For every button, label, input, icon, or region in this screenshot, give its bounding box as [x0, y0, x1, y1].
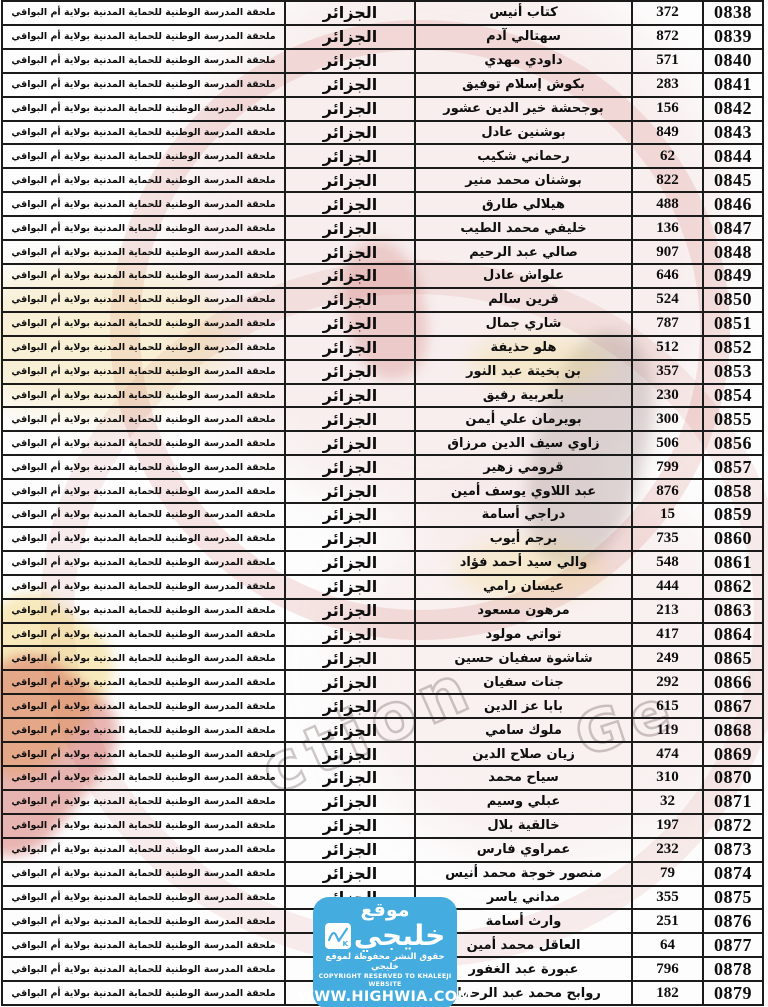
rank-id-cell: 0852	[704, 337, 762, 359]
score-cell: 79	[633, 863, 704, 885]
score-cell: 372	[633, 2, 704, 24]
rank-id-cell: 0873	[704, 839, 762, 861]
table-row: ملحقة المدرسة الوطنية للحماية المدنية بو…	[3, 456, 762, 480]
rank-id-cell: 0854	[704, 385, 762, 407]
rank-id-cell: 0844	[704, 145, 762, 167]
country-cell: الجزائر	[286, 74, 416, 96]
country-cell: الجزائر	[286, 456, 416, 478]
rank-id-cell: 0849	[704, 265, 762, 287]
school-cell: ملحقة المدرسة الوطنية للحماية المدنية بو…	[3, 122, 286, 144]
candidate-name-cell: سهتالي آدم	[416, 26, 633, 48]
school-cell: ملحقة المدرسة الوطنية للحماية المدنية بو…	[3, 791, 286, 813]
country-cell: الجزائر	[286, 647, 416, 669]
table-row: ملحقة المدرسة الوطنية للحماية المدنية بو…	[3, 791, 762, 815]
school-cell: ملحقة المدرسة الوطنية للحماية المدنية بو…	[3, 193, 286, 215]
score-cell: 506	[633, 432, 704, 454]
rank-id-cell: 0865	[704, 647, 762, 669]
badge-site-url: WWW.HIGHWIA.COM	[298, 989, 472, 1005]
score-cell: 357	[633, 361, 704, 383]
score-cell: 15	[633, 504, 704, 526]
score-cell: 615	[633, 695, 704, 717]
score-cell: 512	[633, 337, 704, 359]
badge-logo-letter: K	[342, 939, 348, 948]
school-cell: ملحقة المدرسة الوطنية للحماية المدنية بو…	[3, 289, 286, 311]
country-cell: الجزائر	[286, 600, 416, 622]
country-cell: الجزائر	[286, 361, 416, 383]
candidate-name-cell: بويرمان علي أيمن	[416, 408, 633, 430]
table-row: ملحقة المدرسة الوطنية للحماية المدنية بو…	[3, 432, 762, 456]
candidate-name-cell: كتاب أنيس	[416, 2, 633, 24]
table-row: ملحقة المدرسة الوطنية للحماية المدنية بو…	[3, 313, 762, 337]
candidate-name-cell: منصور خوجة محمد أنيس	[416, 863, 633, 885]
rank-id-cell: 0856	[704, 432, 762, 454]
rank-id-cell: 0842	[704, 98, 762, 120]
score-cell: 787	[633, 313, 704, 335]
school-cell: ملحقة المدرسة الوطنية للحماية المدنية بو…	[3, 719, 286, 741]
candidate-name-cell: هلو حذيفة	[416, 337, 633, 359]
rank-id-cell: 0859	[704, 504, 762, 526]
badge-brand-row: K خليجي	[325, 922, 446, 950]
school-cell: ملحقة المدرسة الوطنية للحماية المدنية بو…	[3, 910, 286, 932]
table-row: ملحقة المدرسة الوطنية للحماية المدنية بو…	[3, 26, 762, 50]
table-row: ملحقة المدرسة الوطنية للحماية المدنية بو…	[3, 504, 762, 528]
table-row: ملحقة المدرسة الوطنية للحماية المدنية بو…	[3, 767, 762, 791]
candidate-name-cell: زاوي سيف الدين مرزاق	[416, 432, 633, 454]
candidate-name-cell: بوجحشة خير الدين عشور	[416, 98, 633, 120]
rank-id-cell: 0868	[704, 719, 762, 741]
country-cell: الجزائر	[286, 839, 416, 861]
country-cell: الجزائر	[286, 432, 416, 454]
school-cell: ملحقة المدرسة الوطنية للحماية المدنية بو…	[3, 26, 286, 48]
table-row: ملحقة المدرسة الوطنية للحماية المدنية بو…	[3, 217, 762, 241]
rank-id-cell: 0858	[704, 480, 762, 502]
school-cell: ملحقة المدرسة الوطنية للحماية المدنية بو…	[3, 337, 286, 359]
candidate-name-cell: رحماني شكيب	[416, 145, 633, 167]
country-cell: الجزائر	[286, 241, 416, 263]
table-row: ملحقة المدرسة الوطنية للحماية المدنية بو…	[3, 98, 762, 122]
score-cell: 197	[633, 815, 704, 837]
country-cell: الجزائر	[286, 624, 416, 646]
table-row: ملحقة المدرسة الوطنية للحماية المدنية بو…	[3, 145, 762, 169]
country-cell: الجزائر	[286, 719, 416, 741]
country-cell: الجزائر	[286, 145, 416, 167]
school-cell: ملحقة المدرسة الوطنية للحماية المدنية بو…	[3, 958, 286, 980]
candidate-name-cell: تواتي مولود	[416, 624, 633, 646]
country-cell: الجزائر	[286, 313, 416, 335]
country-cell: الجزائر	[286, 863, 416, 885]
table-row: ملحقة المدرسة الوطنية للحماية المدنية بو…	[3, 408, 762, 432]
rank-id-cell: 0851	[704, 313, 762, 335]
country-cell: الجزائر	[286, 504, 416, 526]
score-cell: 735	[633, 528, 704, 550]
rank-id-cell: 0840	[704, 50, 762, 72]
candidate-name-cell: شاري جمال	[416, 313, 633, 335]
school-cell: ملحقة المدرسة الوطنية للحماية المدنية بو…	[3, 982, 286, 1004]
table-row: ملحقة المدرسة الوطنية للحماية المدنية بو…	[3, 193, 762, 217]
candidate-name-cell: ملوك سامي	[416, 719, 633, 741]
score-cell: 474	[633, 743, 704, 765]
score-cell: 876	[633, 480, 704, 502]
country-cell: الجزائر	[286, 695, 416, 717]
score-cell: 232	[633, 839, 704, 861]
country-cell: الجزائر	[286, 26, 416, 48]
badge-rights-english: COPYRIGHT RESERVED TO KHALEEJI WEBSITE	[313, 973, 457, 988]
country-cell: الجزائر	[286, 98, 416, 120]
score-cell: 646	[633, 265, 704, 287]
school-cell: ملحقة المدرسة الوطنية للحماية المدنية بو…	[3, 647, 286, 669]
score-cell: 32	[633, 791, 704, 813]
country-cell: الجزائر	[286, 50, 416, 72]
rank-id-cell: 0875	[704, 887, 762, 909]
score-cell: 548	[633, 552, 704, 574]
country-cell: الجزائر	[286, 122, 416, 144]
school-cell: ملحقة المدرسة الوطنية للحماية المدنية بو…	[3, 432, 286, 454]
table-row: ملحقة المدرسة الوطنية للحماية المدنية بو…	[3, 839, 762, 863]
rank-id-cell: 0857	[704, 456, 762, 478]
score-cell: 119	[633, 719, 704, 741]
rank-id-cell: 0877	[704, 934, 762, 956]
school-cell: ملحقة المدرسة الوطنية للحماية المدنية بو…	[3, 145, 286, 167]
table-row: ملحقة المدرسة الوطنية للحماية المدنية بو…	[3, 50, 762, 74]
rank-id-cell: 0841	[704, 74, 762, 96]
rank-id-cell: 0847	[704, 217, 762, 239]
rank-id-cell: 0838	[704, 2, 762, 24]
school-cell: ملحقة المدرسة الوطنية للحماية المدنية بو…	[3, 695, 286, 717]
candidate-name-cell: عبد اللاوي يوسف أمين	[416, 480, 633, 502]
rank-id-cell: 0864	[704, 624, 762, 646]
candidate-name-cell: برجم أيوب	[416, 528, 633, 550]
candidate-name-cell: هيلالي طارق	[416, 193, 633, 215]
rank-id-cell: 0871	[704, 791, 762, 813]
candidate-name-cell: والي سيد أحمد فؤاد	[416, 552, 633, 574]
country-cell: الجزائر	[286, 743, 416, 765]
school-cell: ملحقة المدرسة الوطنية للحماية المدنية بو…	[3, 839, 286, 861]
school-cell: ملحقة المدرسة الوطنية للحماية المدنية بو…	[3, 98, 286, 120]
score-cell: 355	[633, 887, 704, 909]
score-cell: 136	[633, 217, 704, 239]
country-cell: الجزائر	[286, 767, 416, 789]
table-row: ملحقة المدرسة الوطنية للحماية المدنية بو…	[3, 361, 762, 385]
school-cell: ملحقة المدرسة الوطنية للحماية المدنية بو…	[3, 552, 286, 574]
school-cell: ملحقة المدرسة الوطنية للحماية المدنية بو…	[3, 313, 286, 335]
score-cell: 213	[633, 600, 704, 622]
school-cell: ملحقة المدرسة الوطنية للحماية المدنية بو…	[3, 265, 286, 287]
badge-rights-arabic: حقوق النشر محفوظة لموقع خليجي	[313, 952, 457, 972]
candidate-name-cell: قرين سالم	[416, 289, 633, 311]
rank-id-cell: 0845	[704, 169, 762, 191]
table-row: ملحقة المدرسة الوطنية للحماية المدنية بو…	[3, 289, 762, 313]
table-row: ملحقة المدرسة الوطنية للحماية المدنية بو…	[3, 576, 762, 600]
school-cell: ملحقة المدرسة الوطنية للحماية المدنية بو…	[3, 456, 286, 478]
candidate-name-cell: قرومي زهير	[416, 456, 633, 478]
table-row: ملحقة المدرسة الوطنية للحماية المدنية بو…	[3, 2, 762, 26]
score-cell: 907	[633, 241, 704, 263]
school-cell: ملحقة المدرسة الوطنية للحماية المدنية بو…	[3, 671, 286, 693]
country-cell: الجزائر	[286, 169, 416, 191]
school-cell: ملحقة المدرسة الوطنية للحماية المدنية بو…	[3, 528, 286, 550]
rank-id-cell: 0878	[704, 958, 762, 980]
school-cell: ملحقة المدرسة الوطنية للحماية المدنية بو…	[3, 576, 286, 598]
results-table: ملحقة المدرسة الوطنية للحماية المدنية بو…	[1, 0, 764, 1006]
country-cell: الجزائر	[286, 265, 416, 287]
candidate-name-cell: داودي مهدي	[416, 50, 633, 72]
candidate-name-cell: عبلي وسيم	[416, 791, 633, 813]
score-cell: 310	[633, 767, 704, 789]
school-cell: ملحقة المدرسة الوطنية للحماية المدنية بو…	[3, 743, 286, 765]
score-cell: 292	[633, 671, 704, 693]
table-row: ملحقة المدرسة الوطنية للحماية المدنية بو…	[3, 695, 762, 719]
candidate-name-cell: زيان صلاح الدين	[416, 743, 633, 765]
rank-id-cell: 0853	[704, 361, 762, 383]
table-row: ملحقة المدرسة الوطنية للحماية المدنية بو…	[3, 122, 762, 146]
candidate-name-cell: صالي عبد الرحيم	[416, 241, 633, 263]
table-row: ملحقة المدرسة الوطنية للحماية المدنية بو…	[3, 265, 762, 289]
table-row: ملحقة المدرسة الوطنية للحماية المدنية بو…	[3, 241, 762, 265]
score-cell: 156	[633, 98, 704, 120]
school-cell: ملحقة المدرسة الوطنية للحماية المدنية بو…	[3, 887, 286, 909]
country-cell: الجزائر	[286, 576, 416, 598]
table-row: ملحقة المدرسة الوطنية للحماية المدنية بو…	[3, 815, 762, 839]
table-row: ملحقة المدرسة الوطنية للحماية المدنية بو…	[3, 600, 762, 624]
candidate-name-cell: بوشنان محمد منير	[416, 169, 633, 191]
candidate-name-cell: شاشوة سفيان حسين	[416, 647, 633, 669]
rank-id-cell: 0850	[704, 289, 762, 311]
table-row: ملحقة المدرسة الوطنية للحماية المدنية بو…	[3, 719, 762, 743]
candidate-name-cell: سياح محمد	[416, 767, 633, 789]
school-cell: ملحقة المدرسة الوطنية للحماية المدنية بو…	[3, 934, 286, 956]
rank-id-cell: 0846	[704, 193, 762, 215]
rank-id-cell: 0860	[704, 528, 762, 550]
candidate-name-cell: بن بخيتة عبد النور	[416, 361, 633, 383]
country-cell: الجزائر	[286, 815, 416, 837]
badge-site-word: موقع	[360, 900, 409, 921]
school-cell: ملحقة المدرسة الوطنية للحماية المدنية بو…	[3, 600, 286, 622]
rank-id-cell: 0862	[704, 576, 762, 598]
school-cell: ملحقة المدرسة الوطنية للحماية المدنية بو…	[3, 2, 286, 24]
country-cell: الجزائر	[286, 2, 416, 24]
rank-id-cell: 0872	[704, 815, 762, 837]
score-cell: 283	[633, 74, 704, 96]
candidate-name-cell: عيسان رامي	[416, 576, 633, 598]
table-row: ملحقة المدرسة الوطنية للحماية المدنية بو…	[3, 337, 762, 361]
rank-id-cell: 0848	[704, 241, 762, 263]
country-cell: الجزائر	[286, 385, 416, 407]
country-cell: الجزائر	[286, 408, 416, 430]
table-row: ملحقة المدرسة الوطنية للحماية المدنية بو…	[3, 528, 762, 552]
candidate-name-cell: خالقية بلال	[416, 815, 633, 837]
score-cell: 62	[633, 145, 704, 167]
rank-id-cell: 0863	[704, 600, 762, 622]
country-cell: الجزائر	[286, 289, 416, 311]
candidate-name-cell: بابا عز الدين	[416, 695, 633, 717]
table-row: ملحقة المدرسة الوطنية للحماية المدنية بو…	[3, 647, 762, 671]
rank-id-cell: 0867	[704, 695, 762, 717]
candidate-name-cell: جنات سفيان	[416, 671, 633, 693]
score-cell: 300	[633, 408, 704, 430]
country-cell: الجزائر	[286, 528, 416, 550]
candidate-name-cell: مرهون مسعود	[416, 600, 633, 622]
candidate-name-cell: عمراوي فارس	[416, 839, 633, 861]
score-cell: 251	[633, 910, 704, 932]
score-cell: 249	[633, 647, 704, 669]
score-cell: 417	[633, 624, 704, 646]
table-row: ملحقة المدرسة الوطنية للحماية المدنية بو…	[3, 624, 762, 648]
table-row: ملحقة المدرسة الوطنية للحماية المدنية بو…	[3, 385, 762, 409]
country-cell: الجزائر	[286, 193, 416, 215]
candidate-name-cell: بوشنين عادل	[416, 122, 633, 144]
badge-site-name: خليجي	[354, 922, 446, 950]
school-cell: ملحقة المدرسة الوطنية للحماية المدنية بو…	[3, 767, 286, 789]
rank-id-cell: 0869	[704, 743, 762, 765]
score-cell: 182	[633, 982, 704, 1004]
khaleeji-logo-icon: K	[325, 923, 351, 949]
table-row: ملحقة المدرسة الوطنية للحماية المدنية بو…	[3, 552, 762, 576]
score-cell: 488	[633, 193, 704, 215]
score-cell: 822	[633, 169, 704, 191]
school-cell: ملحقة المدرسة الوطنية للحماية المدنية بو…	[3, 504, 286, 526]
school-cell: ملحقة المدرسة الوطنية للحماية المدنية بو…	[3, 361, 286, 383]
score-cell: 571	[633, 50, 704, 72]
school-cell: ملحقة المدرسة الوطنية للحماية المدنية بو…	[3, 863, 286, 885]
rank-id-cell: 0843	[704, 122, 762, 144]
school-cell: ملحقة المدرسة الوطنية للحماية المدنية بو…	[3, 217, 286, 239]
table-row: ملحقة المدرسة الوطنية للحماية المدنية بو…	[3, 169, 762, 193]
school-cell: ملحقة المدرسة الوطنية للحماية المدنية بو…	[3, 408, 286, 430]
score-cell: 849	[633, 122, 704, 144]
rank-id-cell: 0874	[704, 863, 762, 885]
score-cell: 872	[633, 26, 704, 48]
rank-id-cell: 0866	[704, 671, 762, 693]
rank-id-cell: 0870	[704, 767, 762, 789]
school-cell: ملحقة المدرسة الوطنية للحماية المدنية بو…	[3, 50, 286, 72]
school-cell: ملحقة المدرسة الوطنية للحماية المدنية بو…	[3, 169, 286, 191]
country-cell: الجزائر	[286, 671, 416, 693]
rank-id-cell: 0876	[704, 910, 762, 932]
score-cell: 524	[633, 289, 704, 311]
table-row: ملحقة المدرسة الوطنية للحماية المدنية بو…	[3, 863, 762, 887]
school-cell: ملحقة المدرسة الوطنية للحماية المدنية بو…	[3, 74, 286, 96]
school-cell: ملحقة المدرسة الوطنية للحماية المدنية بو…	[3, 624, 286, 646]
school-cell: ملحقة المدرسة الوطنية للحماية المدنية بو…	[3, 385, 286, 407]
country-cell: الجزائر	[286, 552, 416, 574]
rank-id-cell: 0879	[704, 982, 762, 1004]
school-cell: ملحقة المدرسة الوطنية للحماية المدنية بو…	[3, 241, 286, 263]
country-cell: الجزائر	[286, 791, 416, 813]
candidate-name-cell: دراجي أسامة	[416, 504, 633, 526]
rank-id-cell: 0861	[704, 552, 762, 574]
school-cell: ملحقة المدرسة الوطنية للحماية المدنية بو…	[3, 815, 286, 837]
rank-id-cell: 0839	[704, 26, 762, 48]
candidate-name-cell: خليفي محمد الطيب	[416, 217, 633, 239]
country-cell: الجزائر	[286, 217, 416, 239]
table-row: ملحقة المدرسة الوطنية للحماية المدنية بو…	[3, 74, 762, 98]
score-cell: 799	[633, 456, 704, 478]
table-row: ملحقة المدرسة الوطنية للحماية المدنية بو…	[3, 743, 762, 767]
khaleeji-watermark-badge: موقع K خليجي حقوق النشر محفوظة لموقع خلي…	[313, 897, 457, 1007]
country-cell: الجزائر	[286, 480, 416, 502]
score-cell: 64	[633, 934, 704, 956]
candidate-name-cell: علواش عادل	[416, 265, 633, 287]
score-cell: 230	[633, 385, 704, 407]
score-cell: 796	[633, 958, 704, 980]
table-row: ملحقة المدرسة الوطنية للحماية المدنية بو…	[3, 480, 762, 504]
school-cell: ملحقة المدرسة الوطنية للحماية المدنية بو…	[3, 480, 286, 502]
rank-id-cell: 0855	[704, 408, 762, 430]
table-row: ملحقة المدرسة الوطنية للحماية المدنية بو…	[3, 671, 762, 695]
candidate-name-cell: بكوش إسلام توفيق	[416, 74, 633, 96]
score-cell: 444	[633, 576, 704, 598]
country-cell: الجزائر	[286, 337, 416, 359]
candidate-name-cell: بلعربية رفيق	[416, 385, 633, 407]
